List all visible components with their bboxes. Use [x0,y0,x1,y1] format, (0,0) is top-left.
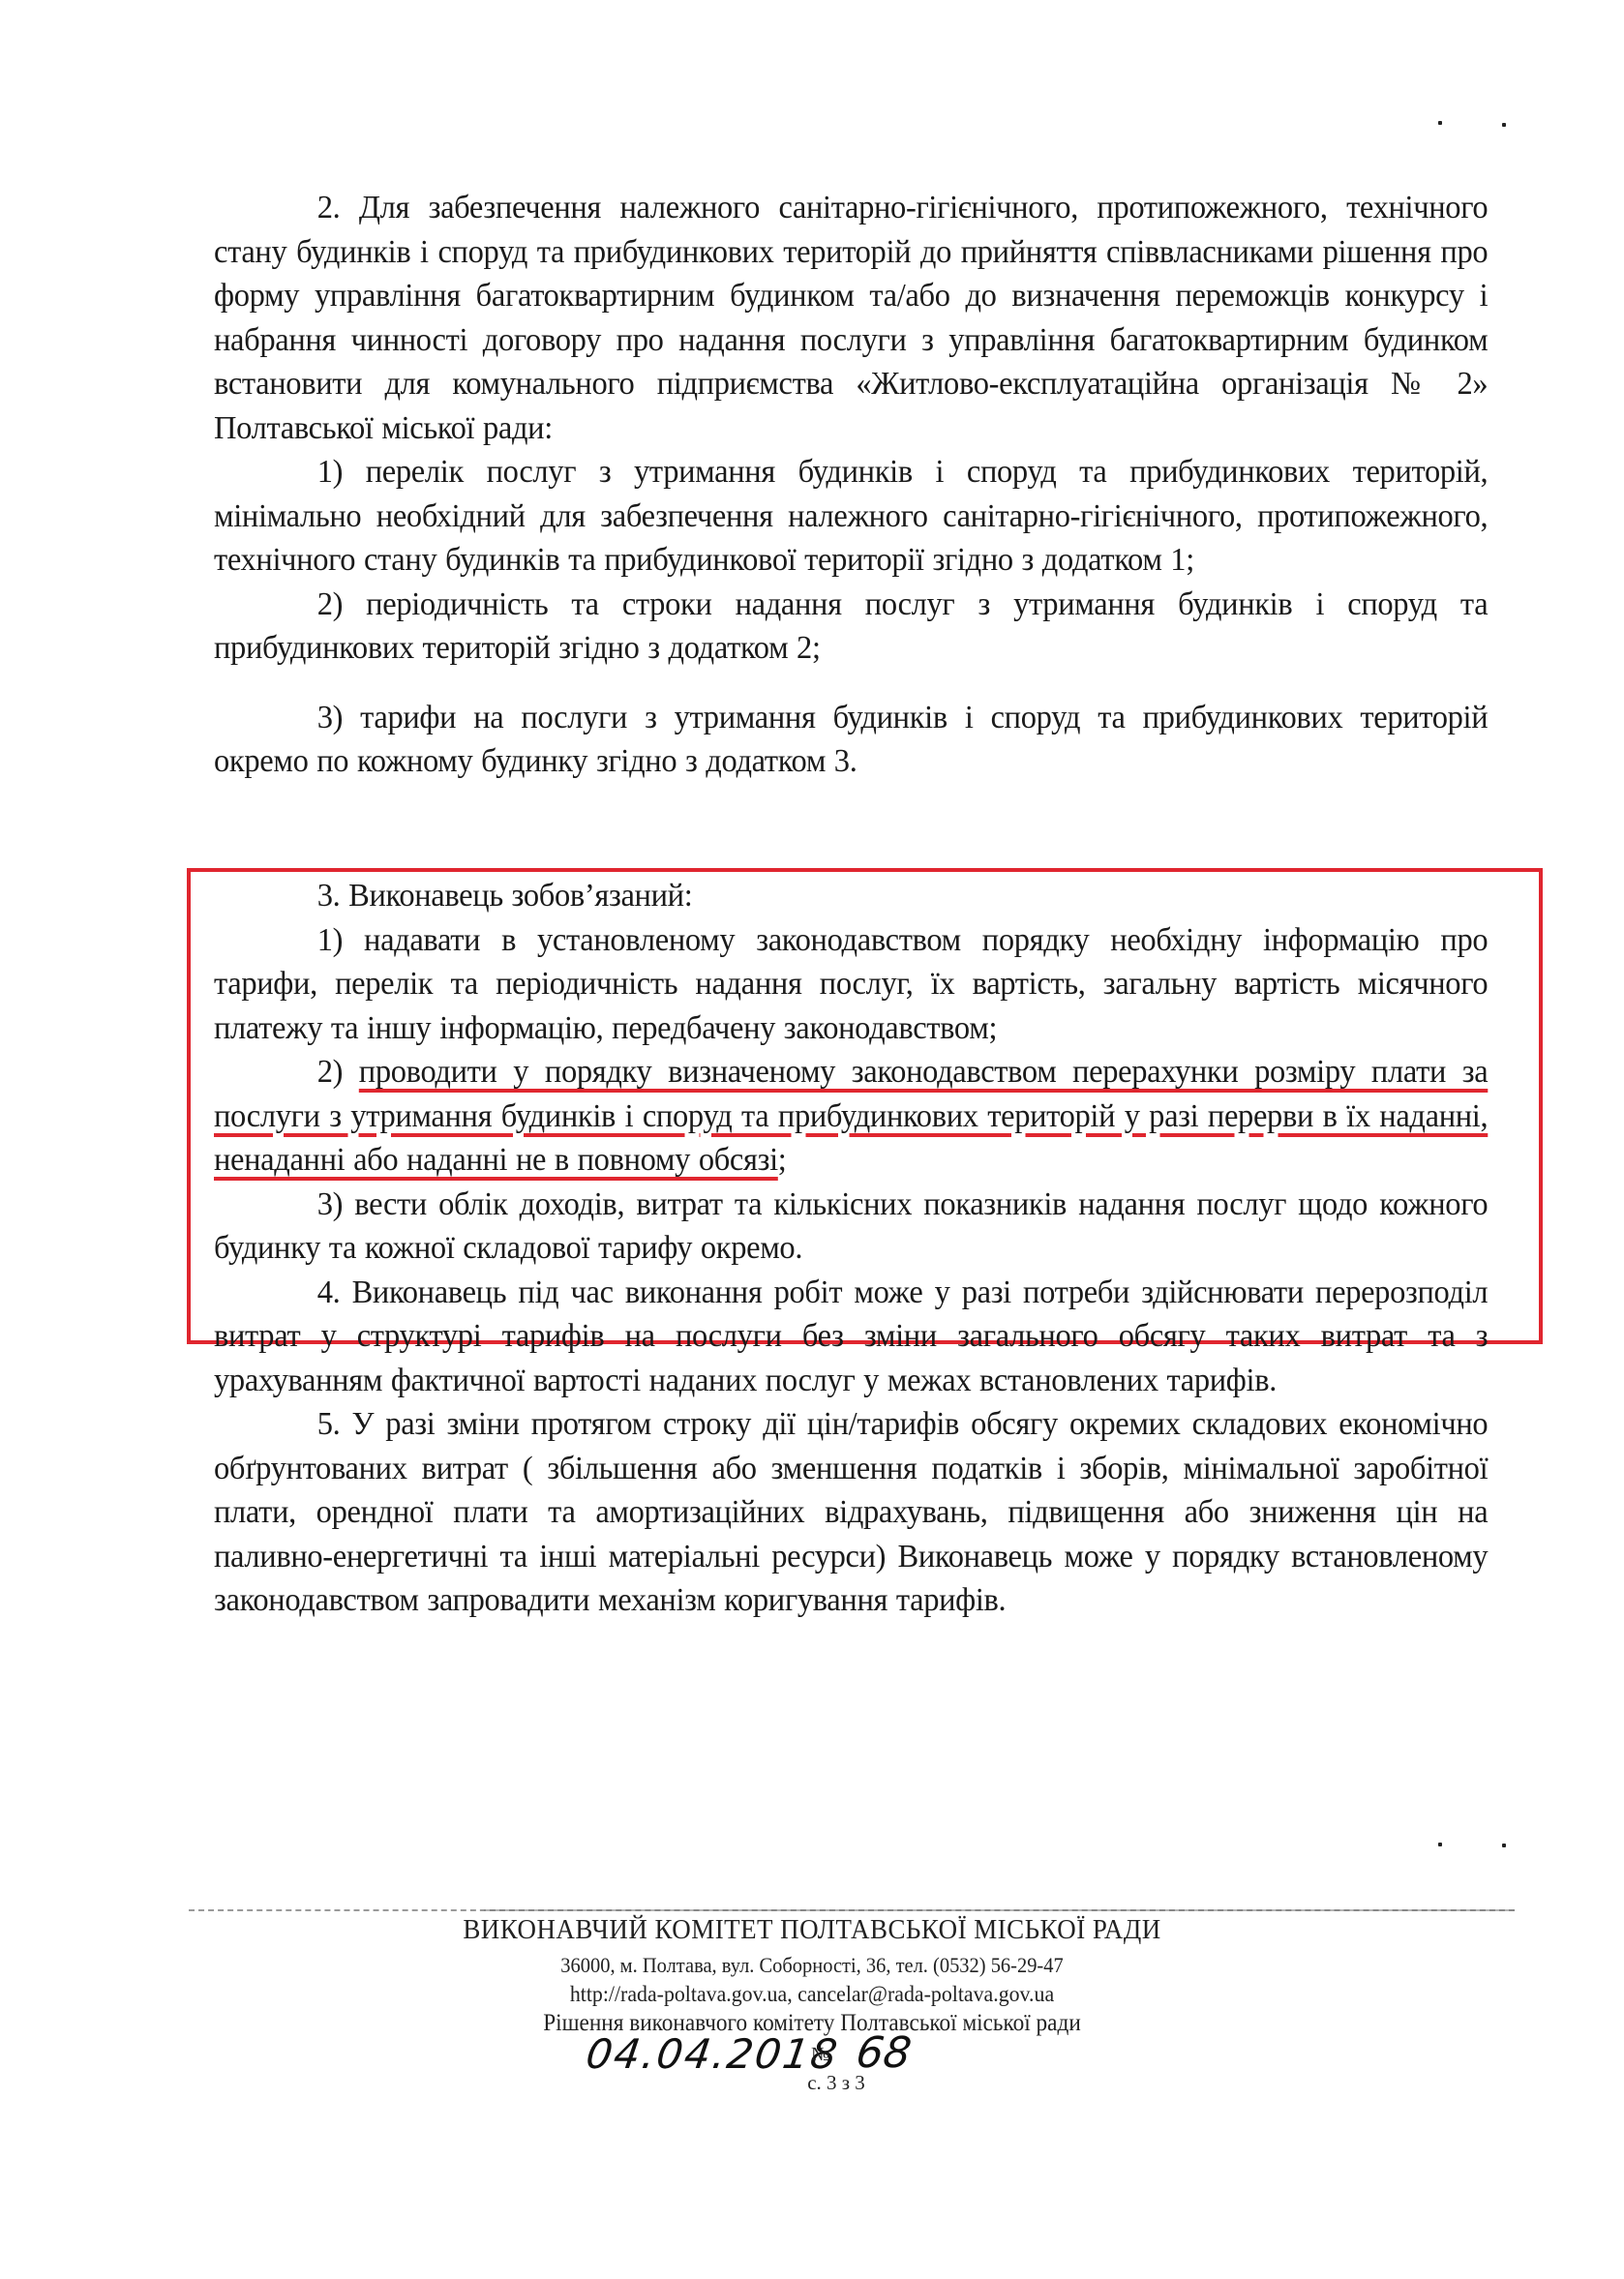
number-sign: № [811,2044,829,2066]
item-2-prefix: 2) [317,1054,359,1090]
underlined-recalculation-clause: проводити у порядку визначеному законода… [214,1054,1488,1178]
paragraph-2-item-3: 3) тарифи на послуги з утримання будинкі… [214,696,1488,784]
footer-organization: ВИКОНАВЧИЙ КОМІТЕТ ПОЛТАВСЬКОЇ МІСЬКОЇ Р… [57,1914,1568,1946]
paragraph-5: 5. У разі зміни протягом строку дії цін/… [214,1402,1488,1623]
section-3: 3. Виконавець зобов’язаний: 1) надавати … [214,874,1488,1623]
paragraph-3-item-1: 1) надавати в установленому законодавств… [214,918,1488,1051]
page-number: с. 3 з 3 [0,2071,1624,2095]
footer-web-contacts: http://rada-poltava.gov.ua, cancelar@rad… [57,1982,1568,2008]
paragraph-2-item-2: 2) періодичність та строки надання послу… [214,583,1488,671]
document-page: 2. Для забезпечення належного санітарно-… [0,0,1624,2279]
footer-address: 36000, м. Полтава, вул. Соборності, 36, … [57,1953,1568,1978]
paragraph-3-heading: 3. Виконавець зобов’язаний: [214,874,1488,918]
paragraph-3-item-3: 3) вести облік доходів, витрат та кількі… [214,1183,1488,1271]
paragraph-4: 4. Виконавець під час виконання робіт мо… [214,1271,1488,1403]
paragraph-3-item-2: 2) проводити у порядку визначеному закон… [214,1050,1488,1183]
paragraph-2-item-1: 1) перелік послуг з утримання будинків і… [214,450,1488,583]
footer-divider-solid [484,1909,1515,1911]
item-2-suffix: ; [778,1142,787,1178]
section-2: 2. Для забезпечення належного санітарно-… [214,186,1488,784]
paragraph-2: 2. Для забезпечення належного санітарно-… [214,186,1488,450]
